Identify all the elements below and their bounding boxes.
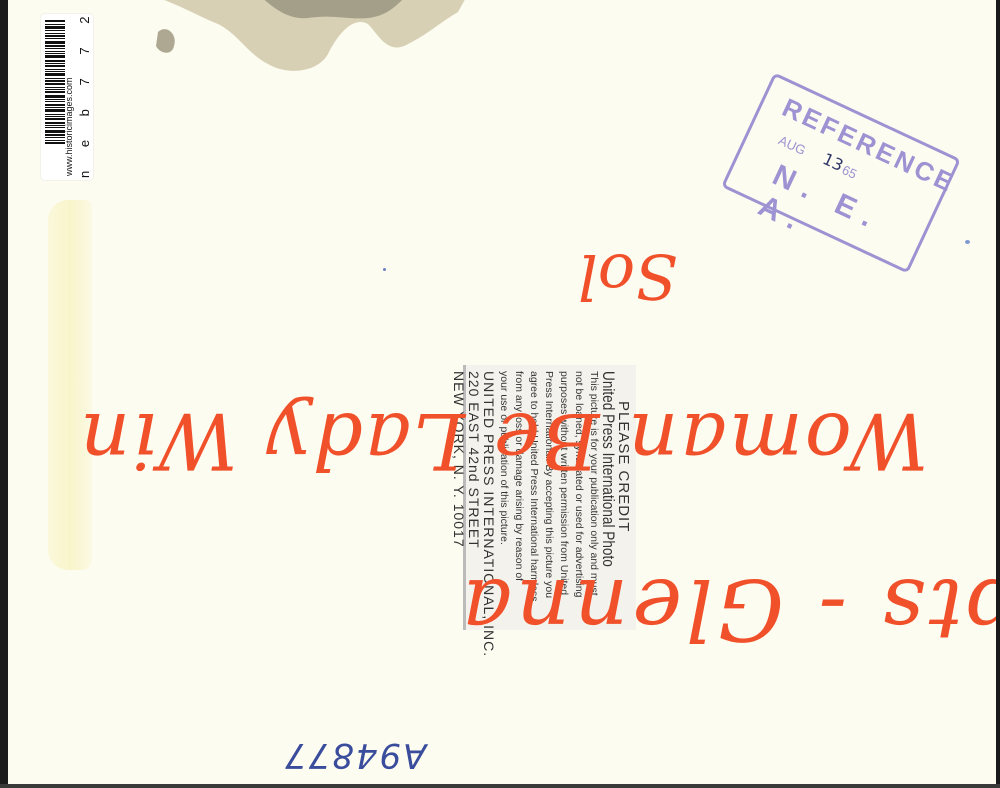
photo-back-sheet: www.historicimages.com n e b 7 7 2 2 5 R… <box>8 0 996 784</box>
scan-edge-left <box>0 0 8 788</box>
tape-residue <box>48 200 92 570</box>
barcode-label: www.historicimages.com n e b 7 7 2 2 5 <box>41 14 93 180</box>
barcode-url: www.historicimages.com <box>64 77 74 176</box>
barcode-code: n e b 7 7 2 2 5 <box>77 0 92 178</box>
ink-speck <box>383 268 386 271</box>
handwriting-note-2: Woman Be Lady Win <box>78 395 929 485</box>
water-stain <box>138 0 478 84</box>
handwriting-note-3: Spts - Glenna <box>458 560 996 658</box>
handwriting-note-1: Sol <box>578 240 678 313</box>
barcode <box>45 20 65 174</box>
catalog-number: A94877 <box>283 735 426 775</box>
scan-edge-right <box>996 0 1000 788</box>
stamp-month: AUG <box>776 133 808 159</box>
reference-stamp: REFERENCE AUG 13 65 N. E. A. <box>721 72 961 273</box>
ink-speck <box>965 240 970 244</box>
scan-edge-bottom <box>0 784 1000 788</box>
